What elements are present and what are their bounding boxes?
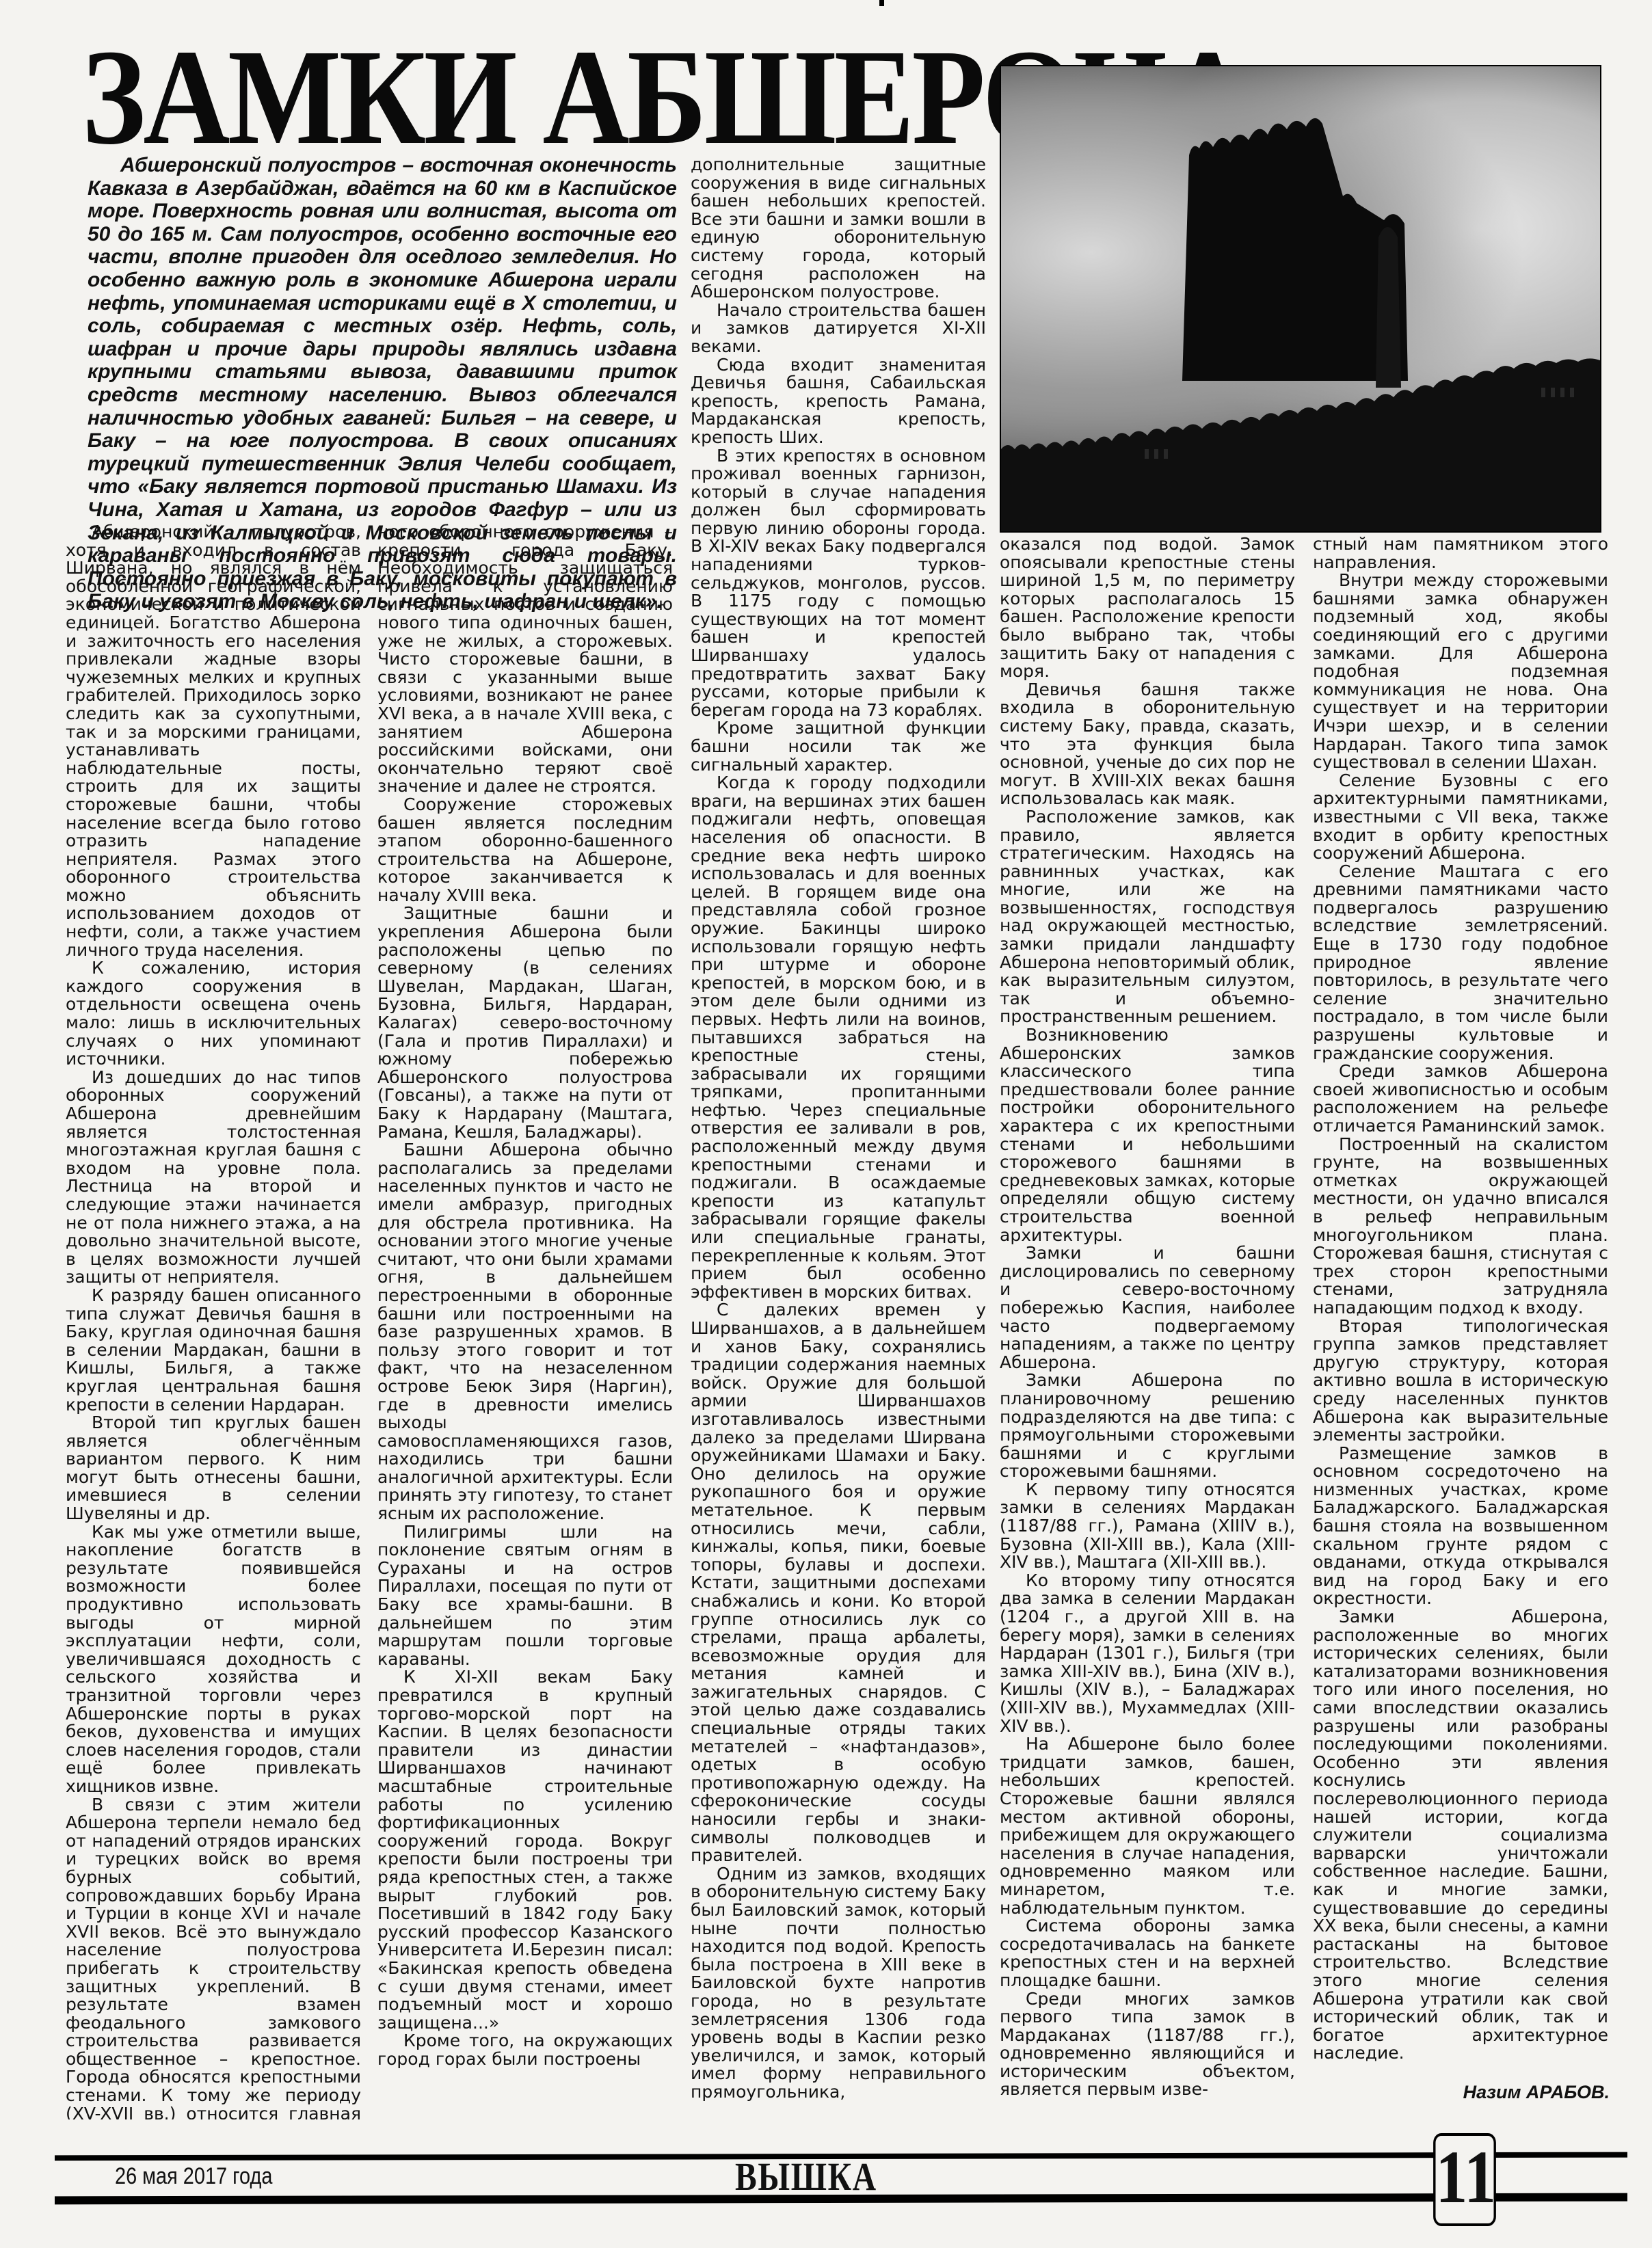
article-paragraph: В этих крепостях в основном проживал вое…: [691, 447, 986, 720]
article-paragraph: Когда к городу подходили враги, на верши…: [691, 774, 986, 1301]
article-column-4: оказался под водой. Замок опоясывали кре…: [1000, 535, 1295, 2119]
article-paragraph: Сооружение сторожевых башен является пос…: [377, 796, 673, 905]
article-paragraph: Ко второму типу относятся два замка в се…: [1000, 1572, 1295, 1735]
article-paragraph: На Абшероне было более тридцати замков, …: [1000, 1735, 1295, 1917]
article-paragraph: Кроме того, на окружающих город горах бы…: [377, 2032, 673, 2068]
article-paragraph: Расположение замков, как правило, являет…: [1000, 808, 1295, 1026]
article-paragraph: Защитные башни и укрепления Абшерона был…: [377, 905, 673, 1141]
article-paragraph: Среди многих замков первого типа замок в…: [1000, 1990, 1295, 2100]
newspaper-masthead: ВЫШКА: [735, 2154, 877, 2199]
article-paragraph: Из дошедших до нас типов оборонных соору…: [66, 1069, 361, 1287]
article-paragraph: Как мы уже отметили выше, накопление бог…: [66, 1523, 361, 1796]
castle-silhouette-icon: [1001, 66, 1600, 531]
newspaper-page: ЗАМКИ АБШЕРОНА Абшеронский полуостров – …: [0, 0, 1652, 2248]
article-paragraph: Селение Маштага с его древними памятника…: [1313, 863, 1608, 1063]
article-paragraph: К первому типу относятся замки в селения…: [1000, 1481, 1295, 1572]
article-paragraph: Замки и башни дислоцировались по северно…: [1000, 1244, 1295, 1371]
article-column-2: ного оборонного сооружения – крепости го…: [377, 523, 673, 2119]
article-paragraph: Абшеронский полуостров, хотя и входил в …: [66, 523, 361, 959]
article-paragraph: Возникновению Абшеронских замков классич…: [1000, 1026, 1295, 1244]
issue-date: 26 мая 2017 года: [115, 2163, 272, 2190]
article-paragraph: К сожалению, история каждого сооружения …: [66, 959, 361, 1069]
article-paragraph: Второй тип круглых башен является облегч…: [66, 1414, 361, 1523]
article-paragraph: Кроме защитной функции башни носили так …: [691, 719, 986, 774]
article-paragraph: Система обороны замка сосредотачивалась …: [1000, 1917, 1295, 1990]
article-column-5: стный нам памятником этого направления. …: [1313, 535, 1608, 2108]
article-headline: ЗАМКИ АБШЕРОНА: [82, 38, 864, 157]
article-paragraph: Одним из замков, входящих в оборонительн…: [691, 1865, 986, 2102]
print-mark: [879, 0, 884, 6]
article-paragraph: Размещение замков в основном сосредоточе…: [1313, 1445, 1608, 1608]
article-paragraph: Пилигримы шли на поклонение святым огням…: [377, 1523, 673, 1669]
article-paragraph: Сюда входит знаменитая Девичья башня, Са…: [691, 356, 986, 447]
article-paragraph: Начало строительства башен и замков дати…: [691, 302, 986, 356]
article-paragraph: С далеких времен у Ширваншахов, а в даль…: [691, 1301, 986, 1864]
article-paragraph: Среди замков Абшерона своей живописность…: [1313, 1062, 1608, 1135]
footer-rule: [55, 2193, 1627, 2205]
article-paragraph: Внутри между сторожевыми башнями замка о…: [1313, 572, 1608, 772]
article-column-3: дополнительные защитные сооружения в вид…: [691, 156, 986, 2119]
article-paragraph: оказался под водой. Замок опоясывали кре…: [1000, 535, 1295, 681]
article-paragraph: В связи с этим жители Абшерона терпели н…: [66, 1796, 361, 2119]
article-paragraph: Башни Абшерона обычно располагались за п…: [377, 1141, 673, 1523]
article-paragraph: Вторая типологическая группа замков пред…: [1313, 1317, 1608, 1445]
castle-tower-photo: [1000, 65, 1601, 533]
article-paragraph: Замки Абшерона по планировочному решению…: [1000, 1371, 1295, 1481]
page-number: 11: [1433, 2133, 1496, 2226]
article-paragraph: К разряду башен описанного типа служат Д…: [66, 1287, 361, 1414]
article-paragraph: Девичья башня также входила в оборонител…: [1000, 681, 1295, 808]
article-paragraph: дополнительные защитные сооружения в вид…: [691, 156, 986, 302]
article-paragraph: Замки Абшерона, расположенные во многих …: [1313, 1608, 1608, 2063]
article-paragraph: К XI-XII векам Баку превратился в крупны…: [377, 1668, 673, 2032]
article-paragraph: ного оборонного сооружения – крепости го…: [377, 523, 673, 796]
article-paragraph: стный нам памятником этого направления.: [1313, 535, 1608, 572]
article-paragraph: Построенный на скалистом грунте, на возв…: [1313, 1136, 1608, 1317]
article-paragraph: Селение Бузовны с его архитектурными пам…: [1313, 772, 1608, 863]
author-byline: Назим АРАБОВ.: [1463, 2082, 1610, 2103]
article-column-1: Абшеронский полуостров, хотя и входил в …: [66, 523, 361, 2119]
